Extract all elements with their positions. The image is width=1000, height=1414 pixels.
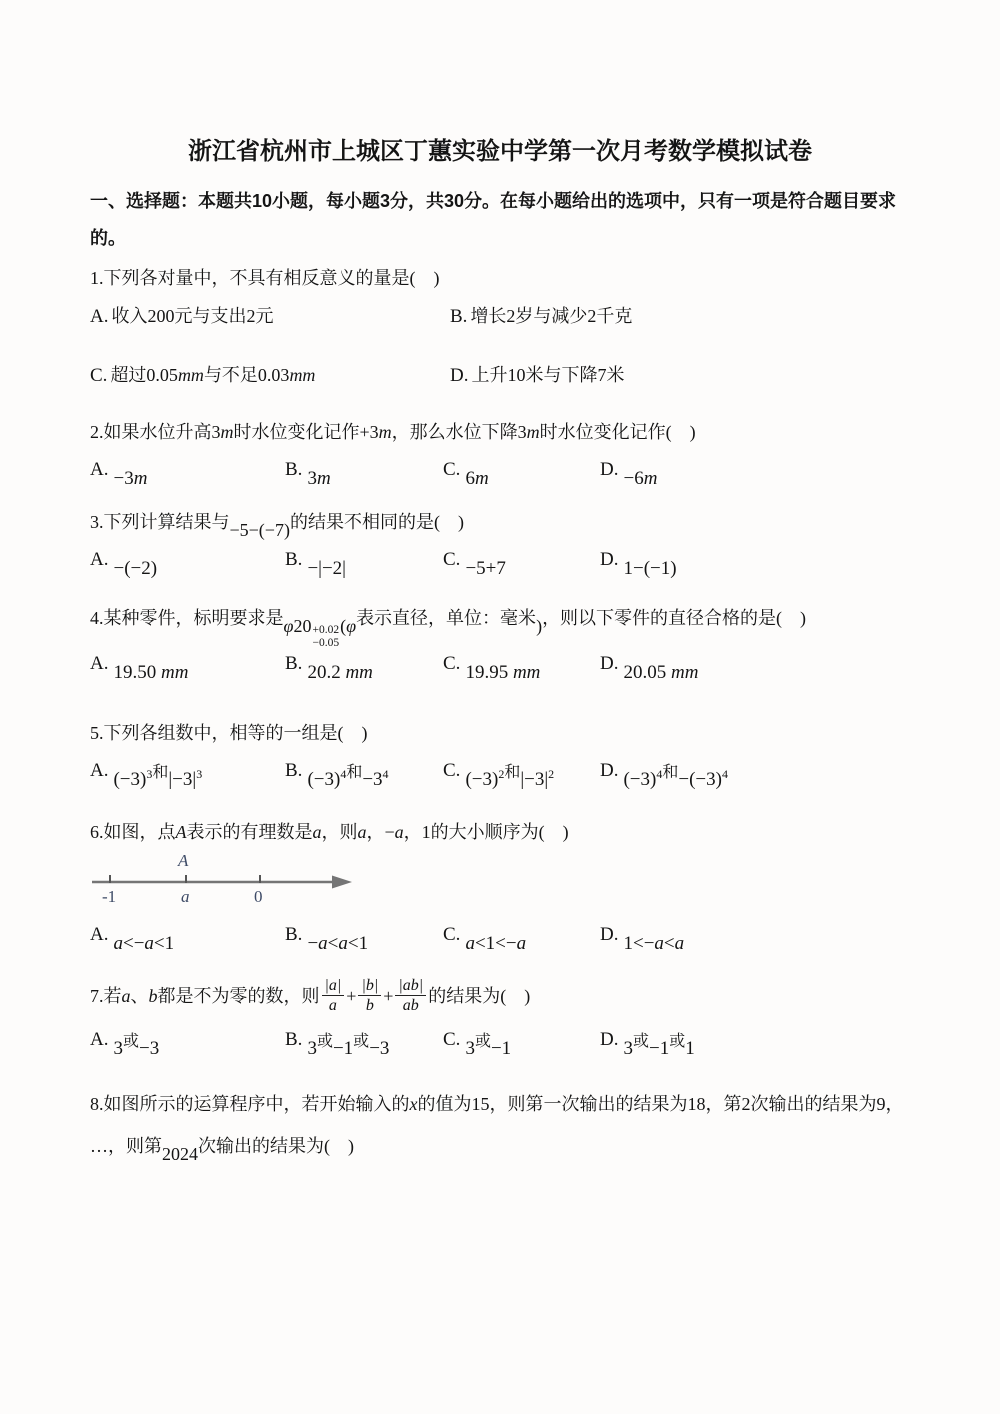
- question-6-options-D: D.1<−a<a: [600, 922, 960, 962]
- option-label: C.: [90, 365, 107, 386]
- number-line-minus-one-label: -1: [102, 887, 116, 906]
- option-label: D.: [600, 549, 618, 570]
- option-label: B.: [450, 306, 467, 327]
- option-value: a<−a<1: [113, 931, 174, 957]
- option-label: B.: [285, 1029, 302, 1050]
- question-3: 3.下列计算结果与−5−(−7)的结果不相同的是( ) A.−(−2)B.−|−…: [90, 507, 960, 587]
- question-3-options-B: B.−|−2|: [285, 547, 443, 587]
- option-label: A.: [90, 1029, 108, 1050]
- option-label: B.: [285, 924, 302, 945]
- question-2-options: A.−3mB.3mC.6mD.−6m: [90, 457, 960, 497]
- option-value: (−3)3和|−3|3: [113, 767, 202, 794]
- option-value: −(−2): [113, 556, 157, 582]
- question-4: 4.某种零件，标明要求是φ20+0.02−0.05(φ表示直径，单位：毫米)，则…: [90, 603, 960, 691]
- question-1-options: A.收入200元与支出2元B.增长2岁与减少2千克C.超过0.05mm与不足0.…: [90, 303, 960, 403]
- question-4-options-C: C.19.95 mm: [443, 651, 600, 691]
- question-5-options-B: B.(−3)4和−34: [285, 758, 443, 799]
- option-label: D.: [600, 924, 618, 945]
- section-intro: 一、选择题：本题共10小题，每小题3分，共30分。在每小题给出的选项中，只有一项…: [90, 183, 960, 257]
- option-label: B.: [285, 760, 302, 781]
- option-label: A.: [90, 653, 108, 674]
- fraction: |ab|ab: [395, 976, 426, 1015]
- question-3-options: A.−(−2)B.−|−2|C.−5+7D.1−(−1): [90, 547, 960, 587]
- option-label: C.: [443, 549, 460, 570]
- question-6-options: A.a<−a<1B.−a<a<1C.a<1<−aD.1<−a<a: [90, 922, 960, 962]
- number-line-figure: A -1 a 0: [90, 851, 390, 907]
- question-3-options-A: A.−(−2): [90, 547, 285, 587]
- option-value: 1<−a<a: [623, 931, 684, 957]
- option-label: D.: [600, 653, 618, 674]
- option-value: a<1<−a: [465, 931, 526, 957]
- question-6-options-A: A.a<−a<1: [90, 922, 285, 962]
- option-label: D.: [600, 760, 618, 781]
- option-value: 收入200元与支出2元: [111, 306, 273, 326]
- question-4-stem: 4.某种零件，标明要求是φ20+0.02−0.05(φ表示直径，单位：毫米)，则…: [90, 603, 960, 641]
- question-7-options-C: C.3或−1: [443, 1027, 600, 1068]
- option-value: −6m: [623, 466, 657, 492]
- option-label: C.: [443, 760, 460, 781]
- option-value: 1−(−1): [623, 556, 676, 582]
- option-value: 6m: [465, 466, 488, 492]
- option-value: 3或−1或1: [623, 1036, 694, 1063]
- option-label: A.: [90, 306, 108, 327]
- fraction: |b|b: [358, 976, 381, 1015]
- question-4-options-D: D.20.05 mm: [600, 651, 960, 691]
- option-value: 20.2 mm: [307, 660, 372, 686]
- option-label: B.: [285, 459, 302, 480]
- question-5-options: A.(−3)3和|−3|3B.(−3)4和−34C.(−3)2和|−3|2D.(…: [90, 758, 960, 799]
- option-label: C.: [443, 653, 460, 674]
- section-intro-line-1: 一、选择题：本题共10小题，每小题3分，共30分。在每小题给出的选项中，只有一项…: [90, 183, 960, 220]
- option-value: 20.05 mm: [623, 660, 698, 686]
- question-7-options: A.3或−3B.3或−1或−3C.3或−1D.3或−1或1: [90, 1027, 960, 1068]
- question-2-options-D: D.−6m: [600, 457, 960, 497]
- option-value: 19.50 mm: [113, 660, 188, 686]
- question-1-options-B: B.增长2岁与减少2千克: [450, 303, 960, 344]
- question-8: 8.如图所示的运算程序中，若开始输入的x的值为15，则第一次输出的结果为18，第…: [90, 1089, 960, 1161]
- question-3-options-D: D.1−(−1): [600, 547, 960, 587]
- question-2-options-B: B.3m: [285, 457, 443, 497]
- option-value: −a<a<1: [307, 931, 368, 957]
- option-value: 3m: [307, 466, 330, 492]
- option-value: 3或−1: [465, 1036, 511, 1063]
- option-label: C.: [443, 924, 460, 945]
- question-1-stem: 1.下列各对量中，不具有相反意义的量是( ): [90, 263, 960, 293]
- question-2-options-A: A.−3m: [90, 457, 285, 497]
- number-line-point-name-label: A: [177, 851, 189, 870]
- question-4-options-B: B.20.2 mm: [285, 651, 443, 691]
- exam-paper-page: 浙江省杭州市上城区丁蕙实验中学第一次月考数学模拟试卷 一、选择题：本题共10小题…: [0, 0, 1000, 1414]
- option-label: A.: [90, 760, 108, 781]
- question-1: 1.下列各对量中，不具有相反意义的量是( ) A.收入200元与支出2元B.增长…: [90, 263, 960, 403]
- superscript-subscript: +0.02−0.05: [312, 624, 339, 650]
- question-1-options-A: A.收入200元与支出2元: [90, 303, 450, 344]
- question-5-stem: 5.下列各组数中，相等的一组是( ): [90, 718, 960, 748]
- question-3-options-C: C.−5+7: [443, 547, 600, 587]
- question-5-options-A: A.(−3)3和|−3|3: [90, 758, 285, 799]
- page-title: 浙江省杭州市上城区丁蕙实验中学第一次月考数学模拟试卷: [40, 135, 960, 169]
- option-value: 19.95 mm: [465, 660, 540, 686]
- question-6: 6.如图，点A表示的有理数是a，则a，−a，1的大小顺序为( ) A -1 a …: [90, 817, 960, 962]
- option-value: −5+7: [465, 556, 505, 582]
- option-value: (−3)4和−34: [307, 767, 388, 794]
- option-label: D.: [450, 365, 468, 386]
- option-value: (−3)2和|−3|2: [465, 767, 554, 794]
- option-label: A.: [90, 924, 108, 945]
- option-label: B.: [285, 549, 302, 570]
- question-7-options-D: D.3或−1或1: [600, 1027, 960, 1068]
- question-7-options-B: B.3或−1或−3: [285, 1027, 443, 1068]
- option-label: C.: [443, 459, 460, 480]
- question-8-stem-line-1: 8.如图所示的运算程序中，若开始输入的x的值为15，则第一次输出的结果为18，第…: [90, 1089, 960, 1119]
- question-6-options-C: C.a<1<−a: [443, 922, 600, 962]
- section-intro-line-2: 的。: [90, 220, 960, 257]
- question-8-stem-line-2: …，则第2024次输出的结果为( ): [90, 1131, 960, 1161]
- question-2: 2.如果水位升高3m时水位变化记作+3m，那么水位下降3m时水位变化记作( ) …: [90, 417, 960, 497]
- question-7-stem: 7.若a、b都是不为零的数，则|a|a+|b|b+|ab|ab的结果为( ): [90, 978, 960, 1017]
- question-4-options: A.19.50 mmB.20.2 mmC.19.95 mmD.20.05 mm: [90, 651, 960, 691]
- number-line-arrow-icon: [332, 875, 352, 888]
- question-1-options-C: C.超过0.05mm与不足0.03mm: [90, 362, 450, 403]
- question-2-options-C: C.6m: [443, 457, 600, 497]
- option-value: 上升10米与下降7米: [471, 365, 624, 385]
- option-value: 3或−1或−3: [307, 1036, 389, 1063]
- number-line-a-label: a: [181, 887, 190, 906]
- option-value: (−3)4和−(−3)4: [623, 767, 727, 794]
- option-label: D.: [600, 459, 618, 480]
- option-value: 增长2岁与减少2千克: [470, 306, 632, 326]
- number-line-zero-label: 0: [254, 887, 263, 906]
- option-label: A.: [90, 459, 108, 480]
- question-4-options-A: A.19.50 mm: [90, 651, 285, 691]
- question-6-options-B: B.−a<a<1: [285, 922, 443, 962]
- question-2-stem: 2.如果水位升高3m时水位变化记作+3m，那么水位下降3m时水位变化记作( ): [90, 417, 960, 447]
- question-5-options-C: C.(−3)2和|−3|2: [443, 758, 600, 799]
- question-7: 7.若a、b都是不为零的数，则|a|a+|b|b+|ab|ab的结果为( ) A…: [90, 978, 960, 1068]
- option-value: 超过0.05mm与不足0.03mm: [110, 365, 315, 385]
- question-6-figure: A -1 a 0: [90, 851, 960, 912]
- question-5-options-D: D.(−3)4和−(−3)4: [600, 758, 960, 799]
- option-label: D.: [600, 1029, 618, 1050]
- question-5: 5.下列各组数中，相等的一组是( ) A.(−3)3和|−3|3B.(−3)4和…: [90, 718, 960, 799]
- option-label: A.: [90, 549, 108, 570]
- option-value: 3或−3: [113, 1036, 159, 1063]
- option-label: B.: [285, 653, 302, 674]
- question-1-options-D: D.上升10米与下降7米: [450, 362, 960, 403]
- question-7-options-A: A.3或−3: [90, 1027, 285, 1068]
- option-value: −|−2|: [307, 556, 346, 582]
- fraction: |a|a: [322, 976, 345, 1015]
- question-3-stem: 3.下列计算结果与−5−(−7)的结果不相同的是( ): [90, 507, 960, 537]
- option-label: C.: [443, 1029, 460, 1050]
- question-6-stem: 6.如图，点A表示的有理数是a，则a，−a，1的大小顺序为( ): [90, 817, 960, 847]
- option-value: −3m: [113, 466, 147, 492]
